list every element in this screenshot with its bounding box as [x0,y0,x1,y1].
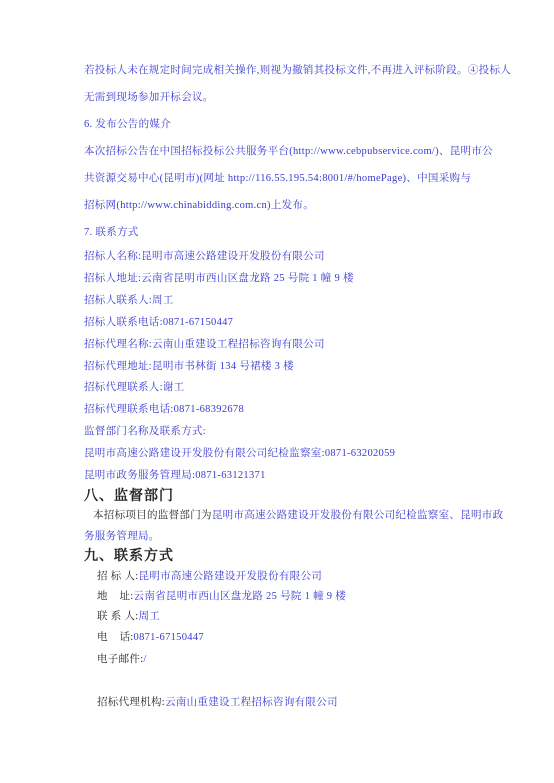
text-segment: 昆明市高速公路建设开发股份有限公司纪检监察室、昆明市政 [212,510,504,521]
contact-tenderer: 招 标 人:昆明市高速公路建设开发股份有限公司 [97,570,322,583]
text-segment: 地 址: [97,591,134,602]
tenderer-name: 招标人名称:昆明市高速公路建设开发股份有限公司 [84,250,325,263]
section-9-heading: 九、联系方式 [84,547,174,563]
media-line-1: 本次招标公告在中国招标投标公共服务平台(http://www.cebpubser… [84,145,493,158]
contact-email: 电子邮件:/ [97,653,147,666]
text-segment: 0871-67150447 [134,632,204,643]
text-segment: 本招标项目的监督部门为 [93,510,212,521]
supervision-discipline-office: 昆明市高速公路建设开发股份有限公司纪检监察室:0871-63202059 [84,447,395,460]
text-segment: 监督部门名称及联系方式: [84,426,206,437]
agent-phone: 招标代理联系电话:0871-68392678 [84,403,244,416]
text-segment: 招标代理名称:云南山重建设工程招标咨询有限公司 [84,339,325,350]
contact-address: 地 址:云南省昆明市西山区盘龙路 25 号院 1 幢 9 楼 [97,590,346,603]
text-segment: 招标网(http://www.chinabidding.com.cn)上发布。 [84,200,314,211]
heading-7-contact: 7. 联系方式 [84,226,139,239]
text-segment: 招标代理地址:昆明市书林街 134 号裙楼 3 楼 [84,361,294,372]
text-segment: 无需到现场参加开标会议。 [84,92,214,103]
media-line-3: 招标网(http://www.chinabidding.com.cn)上发布。 [84,199,314,212]
note-line-2: 无需到现场参加开标会议。 [84,91,214,104]
text-segment: 若投标人未在规定时间完成相关操作,则视为撤销其投标文件,不再进入评标阶段。④投标… [84,65,511,76]
document-page: 若投标人未在规定时间完成相关操作,则视为撤销其投标文件,不再进入评标阶段。④投标… [0,0,554,783]
text-segment: 共资源交易中心(昆明市)(网址 http://116.55.195.54:800… [84,173,471,184]
text-segment: 电 话: [97,632,134,643]
supervision-contact-title: 监督部门名称及联系方式: [84,425,206,438]
text-segment: 云南省昆明市西山区盘龙路 25 号院 1 幢 9 楼 [134,591,347,602]
text-segment: 八、监督部门 [84,487,174,503]
text-segment: 招标人地址:云南省昆明市西山区盘龙路 25 号院 1 幢 9 楼 [84,273,354,284]
text-segment: 电子邮件: [97,654,143,665]
text-segment: 本次招标公告在中国招标投标公共服务平台(http://www.cebpubser… [84,146,493,157]
tenderer-phone: 招标人联系电话:0871-67150447 [84,316,233,329]
text-segment: 招标人联系人:周工 [84,295,174,306]
text-segment: 九、联系方式 [84,547,174,563]
supervision-admin-bureau: 昆明市政务服务管理局:0871-63121371 [84,469,266,482]
text-segment: 6. 发布公告的媒介 [84,119,171,130]
contact-phone: 电 话:0871-67150447 [97,631,204,644]
text-segment: 周工 [138,611,160,622]
text-segment: 招标人联系电话:0871-67150447 [84,317,233,328]
note-line-1: 若投标人未在规定时间完成相关操作,则视为撤销其投标文件,不再进入评标阶段。④投标… [84,64,511,77]
agent-address: 招标代理地址:昆明市书林街 134 号裙楼 3 楼 [84,360,294,373]
text-segment: 招 标 人: [97,571,138,582]
text-segment: 招标人名称:昆明市高速公路建设开发股份有限公司 [84,251,325,262]
section-8-heading: 八、监督部门 [84,487,174,503]
text-segment: 招标代理机构: [97,697,165,708]
text-segment: 招标代理联系人:谢工 [84,382,184,393]
agent-name: 招标代理名称:云南山重建设工程招标咨询有限公司 [84,338,325,351]
text-segment: 昆明市高速公路建设开发股份有限公司 [138,571,322,582]
agent-contact: 招标代理联系人:谢工 [84,381,184,394]
text-segment: 昆明市政务服务管理局:0871-63121371 [84,470,266,481]
text-segment: / [143,654,146,665]
section-8-body-2: 务服务管理局。 [84,530,160,543]
text-segment: 联 系 人: [97,611,138,622]
text-segment: 昆明市高速公路建设开发股份有限公司纪检监察室:0871-63202059 [84,448,395,459]
media-line-2: 共资源交易中心(昆明市)(网址 http://116.55.195.54:800… [84,172,471,185]
section-8-body-1: 本招标项目的监督部门为昆明市高速公路建设开发股份有限公司纪检监察室、昆明市政 [93,509,503,522]
contact-person: 联 系 人:周工 [97,610,160,623]
text-segment: 7. 联系方式 [84,227,139,238]
tenderer-contact: 招标人联系人:周工 [84,294,174,307]
text-segment: 务服务管理局。 [84,531,160,542]
contact-agent: 招标代理机构:云南山重建设工程招标咨询有限公司 [97,696,338,709]
text-segment: 云南山重建设工程招标咨询有限公司 [165,697,338,708]
tenderer-address: 招标人地址:云南省昆明市西山区盘龙路 25 号院 1 幢 9 楼 [84,272,354,285]
text-segment: 招标代理联系电话:0871-68392678 [84,404,244,415]
heading-6-announcement-media: 6. 发布公告的媒介 [84,118,171,131]
